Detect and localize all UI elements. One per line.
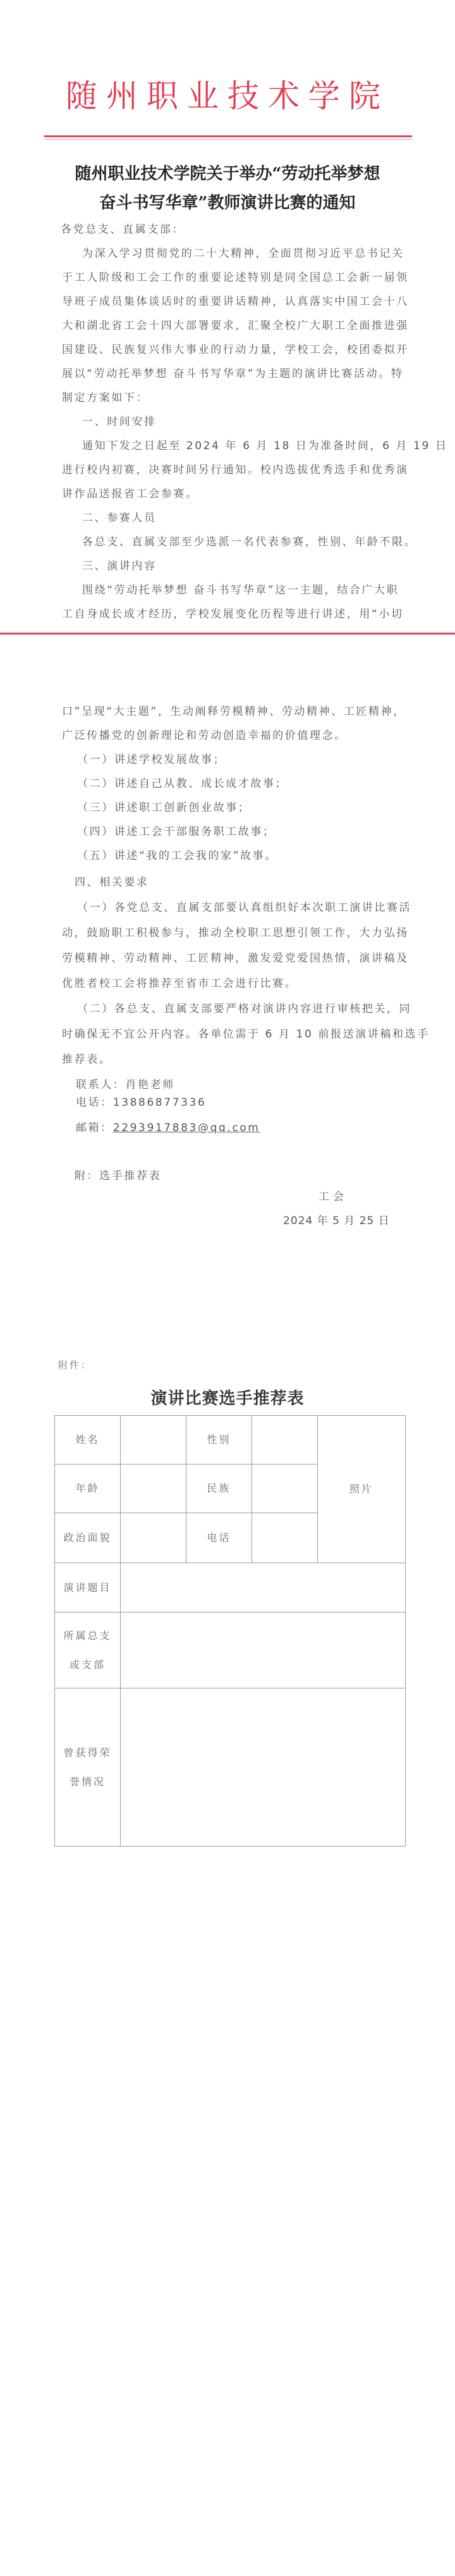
branch-label-line-2: 或支部 xyxy=(55,1653,120,1677)
field-value-branch[interactable] xyxy=(121,1613,406,1688)
field-value-honors[interactable] xyxy=(121,1688,406,1847)
table-row: 演讲题目 xyxy=(55,1563,406,1613)
requirement-line: （一）各党总支、直属支部要认真组织好本次职工演讲比赛活 xyxy=(77,898,411,914)
photo-cell[interactable]: 照片 xyxy=(318,1416,406,1563)
branch-label-line-1: 所属总支 xyxy=(55,1624,120,1648)
requirement-line: 劳模精神、劳动精神、工匠精神，激发爱党爱国热情，演讲稿及 xyxy=(62,949,409,965)
topic-item: （一）讲述学校发展故事； xyxy=(77,750,226,766)
section2-line: 各总支、直属支部至少选派一名代表参赛，性别、年龄不限。 xyxy=(82,533,416,548)
title-line-2: 奋斗书写华章”教师演讲比赛的通知 xyxy=(38,189,417,218)
para-line: 制定方案如下： xyxy=(62,388,149,404)
field-label-speech-title: 演讲题目 xyxy=(55,1563,121,1613)
field-value-political-status[interactable] xyxy=(121,1513,186,1563)
field-value-speech-title[interactable] xyxy=(121,1563,406,1613)
field-value-name[interactable] xyxy=(121,1416,186,1464)
masthead-rule xyxy=(44,135,412,137)
table-row: 曾获得荣 誉情况 xyxy=(55,1688,406,1847)
para-line: 为深入学习贯彻党的二十大精神，全面贯彻习近平总书记关 xyxy=(82,244,404,260)
attachment-label: 附件： xyxy=(58,1358,92,1372)
requirement-line: 优胜者校工会将推荐至省市工会进行比赛。 xyxy=(62,974,297,990)
field-label-political-status: 政治面貌 xyxy=(55,1513,121,1563)
page1-footer-rule xyxy=(0,633,455,635)
para-line: 国建设、民族复兴伟大事业的行动力量，学校工会，校团委拟开 xyxy=(62,340,409,356)
email-link[interactable]: 2293917883@qq.com xyxy=(113,1122,260,1134)
para-line: 导班子成员集体谈话时的重要讲话精神，认真落实中国工会十八 xyxy=(62,292,409,308)
field-label-ethnicity: 民族 xyxy=(186,1464,252,1513)
topic-item: （二）讲述自己从教、成长成才故事； xyxy=(77,774,288,790)
requirement-line: 推荐表。 xyxy=(62,1050,111,1066)
section3-line: 工自身成长成才经历，学校发展变化历程等进行讲述，用“小切 xyxy=(62,605,404,621)
field-label-branch: 所属总支 或支部 xyxy=(55,1613,121,1688)
continuation-line: 口”呈现“大主题”，生动阐释劳模精神、劳动精神、工匠精神， xyxy=(62,702,406,718)
contact-email-row: 邮箱：2293917883@qq.com xyxy=(76,1118,260,1134)
section-heading-4: 四、相关要求 xyxy=(75,873,149,889)
salutation: 各党总支、直属支部： xyxy=(61,220,185,236)
honors-label-line-1: 曾获得荣 xyxy=(55,1741,120,1765)
requirement-line: （二）各总支、直属支部要严格对演讲内容进行审核把关，同 xyxy=(77,1000,411,1015)
field-label-name: 姓名 xyxy=(55,1416,121,1464)
section-heading-3: 三、演讲内容 xyxy=(82,557,157,573)
requirement-line: 时确保无不宜公开内容。各单位需于 6 月 10 前报送演讲稿和选手 xyxy=(62,1025,430,1041)
table-row: 姓名 性别 照片 xyxy=(55,1416,406,1464)
masthead-rule-thin xyxy=(44,139,412,140)
section-heading-1: 一、时间安排 xyxy=(82,412,157,428)
field-value-phone[interactable] xyxy=(252,1513,318,1563)
field-label-gender: 性别 xyxy=(186,1416,252,1464)
field-value-ethnicity[interactable] xyxy=(252,1464,318,1513)
honors-label-line-2: 誉情况 xyxy=(55,1770,120,1794)
field-label-honors: 曾获得荣 誉情况 xyxy=(55,1688,121,1847)
signature-date: 2024 年 5 月 25 日 xyxy=(283,1211,390,1227)
document-title: 随州职业技术学院关于举办“劳动托举梦想 奋斗书写华章”教师演讲比赛的通知 xyxy=(38,159,417,218)
continuation-line: 广泛传播党的创新理论和劳动创造幸福的价值理念。 xyxy=(62,726,347,742)
field-value-gender[interactable] xyxy=(252,1416,318,1464)
requirement-line: 动，鼓励职工积极参与，推动全校职工思想引领工作，大力弘扬 xyxy=(62,924,409,939)
email-prefix: 邮箱： xyxy=(76,1122,113,1134)
attachment-table-title: 演讲比赛选手推荐表 xyxy=(0,1385,455,1409)
signature-org: 工会 xyxy=(318,1187,348,1203)
section1-line: 通知下发之日起至 2024 年 6 月 18 日为准备时间，6 月 19 日 xyxy=(82,437,448,452)
para-line: 展以“劳动托举梦想 奋斗书写华章”为主题的演讲比赛活动。特 xyxy=(62,364,403,380)
field-label-phone: 电话 xyxy=(186,1513,252,1563)
topic-item: （四）讲述工会干部服务职工故事； xyxy=(77,822,276,838)
topic-item: （五）讲述“我的工会我的家”故事。 xyxy=(77,846,277,862)
para-line: 大和湖北省工会十四大部署要求，汇聚全校广大职工全面推进强 xyxy=(62,316,409,332)
title-line-1: 随州职业技术学院关于举办“劳动托举梦想 xyxy=(38,159,417,189)
masthead-title: 随州职业技术学院 xyxy=(0,71,455,116)
section-heading-2: 二、参赛人员 xyxy=(82,509,157,524)
contact-phone: 电话：13886877336 xyxy=(76,1093,206,1109)
section1-line: 进行校内初赛，决赛时间另行通知。校内选拔优秀选手和优秀演 xyxy=(62,461,409,476)
contact-person: 联系人：肖艳老师 xyxy=(76,1075,175,1091)
recommendation-form-table: 姓名 性别 照片 年龄 民族 政治面貌 电话 演讲题目 所属总支 或支部 曾获得… xyxy=(54,1415,406,1847)
table-row: 所属总支 或支部 xyxy=(55,1613,406,1688)
para-line: 于工人阶级和工会工作的重要论述特别是同全国总工会新一届领 xyxy=(62,268,409,284)
section3-line: 围绕“劳动托举梦想 奋斗书写华章”这一主题，结合广大职 xyxy=(82,581,399,597)
appendix-note: 附：选手推荐表 xyxy=(75,1167,161,1182)
field-label-age: 年龄 xyxy=(55,1464,121,1513)
section1-line: 讲作品送报省工会参赛。 xyxy=(62,485,198,500)
field-value-age[interactable] xyxy=(121,1464,186,1513)
topic-item: （三）讲述职工创新创业故事； xyxy=(77,798,250,814)
